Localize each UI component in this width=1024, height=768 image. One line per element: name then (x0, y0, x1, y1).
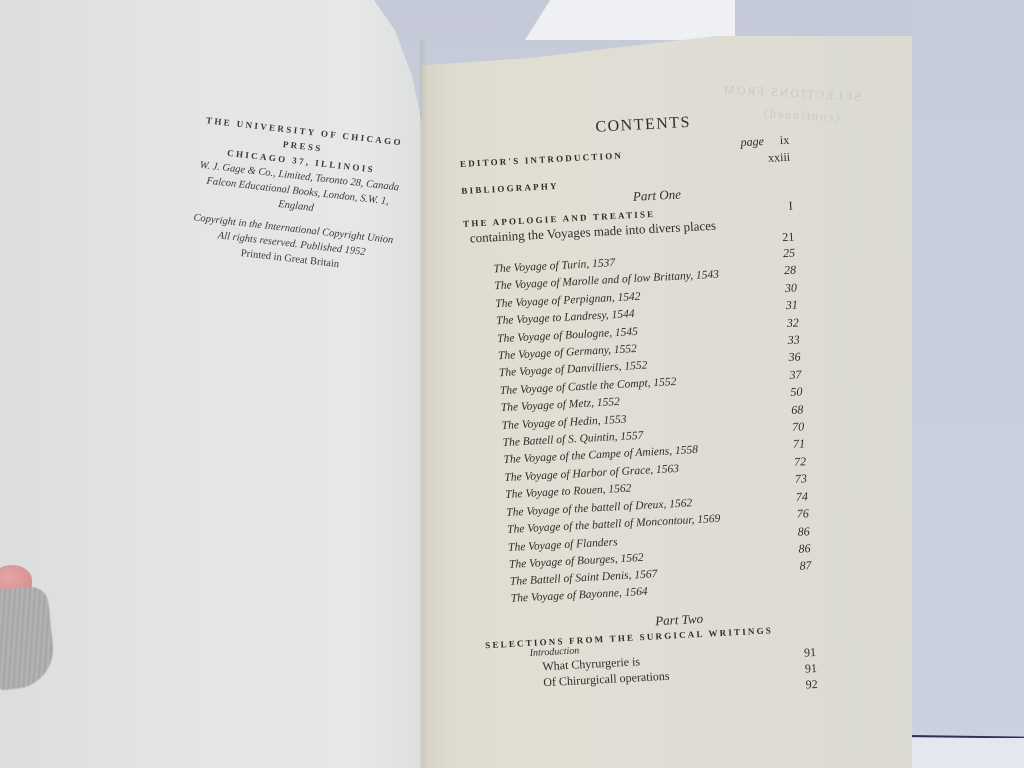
toc-page: I (756, 199, 793, 216)
table-surface (910, 0, 1024, 768)
table-of-contents: CONTENTS page ix EDITOR'S INTRODUCTION x… (458, 109, 818, 710)
bleed-through-text: SELECTIONS FROM (722, 82, 862, 104)
book-gutter (420, 40, 428, 768)
copyright-imprint: THE UNIVERSITY OF CHICAGO PRESS CHICAGO … (180, 112, 415, 279)
toc-page: xxiii (754, 150, 791, 167)
page-label: page (740, 134, 764, 150)
background-card (525, 0, 735, 40)
table-lower (910, 738, 1024, 768)
toc-page: ix (779, 133, 789, 148)
